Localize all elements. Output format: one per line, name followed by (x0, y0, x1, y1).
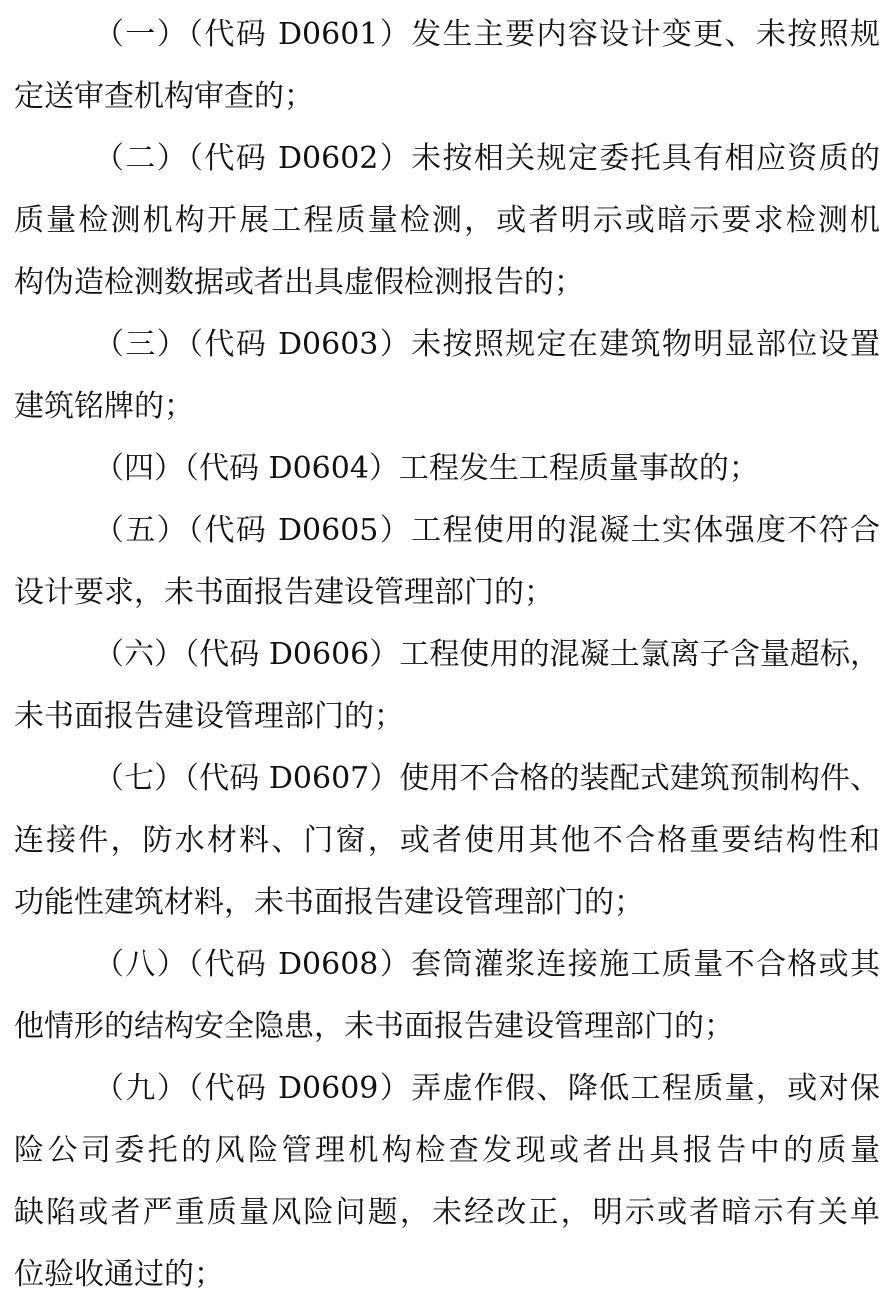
item-2-line-3: 构伪造检测数据或者出具虚假检测报告的； (14, 263, 880, 303)
item-2-line-1: （二）（代码 D0602）未按相关规定委托具有相应资质的 (94, 139, 880, 179)
item-9-line-1: （九）（代码 D0609）弄虚作假、降低工程质量，或对保 (94, 1069, 880, 1109)
item-8-line-2: 他情形的结构安全隐患，未书面报告建设管理部门的； (14, 1007, 880, 1047)
item-6-line-2: 未书面报告建设管理部门的； (14, 697, 880, 737)
item-5-line-2: 设计要求，未书面报告建设管理部门的； (14, 573, 880, 613)
item-4-line-1: （四）（代码 D0604）工程发生工程质量事故的； (94, 449, 880, 489)
item-7-line-2: 连接件，防水材料、门窗，或者使用其他不合格重要结构性和 (14, 821, 880, 861)
item-5-line-1: （五）（代码 D0605）工程使用的混凝土实体强度不符合 (94, 511, 880, 551)
item-9-line-3: 缺陷或者严重质量风险问题，未经改正，明示或者暗示有关单 (14, 1193, 880, 1233)
item-9-line-2: 险公司委托的风险管理机构检查发现或者出具报告中的质量 (14, 1131, 880, 1171)
item-1-line-2: 定送审查机构审查的； (14, 77, 880, 117)
item-6-line-1: （六）（代码 D0606）工程使用的混凝土氯离子含量超标， (94, 635, 880, 675)
item-7-line-3: 功能性建筑材料，未书面报告建设管理部门的； (14, 883, 880, 923)
item-9-line-4: 位验收通过的； (14, 1255, 880, 1295)
item-3-line-1: （三）（代码 D0603）未按照规定在建筑物明显部位设置 (94, 325, 880, 365)
item-2-line-2: 质量检测机构开展工程质量检测，或者明示或暗示要求检测机 (14, 201, 880, 241)
item-8-line-1: （八）（代码 D0608）套筒灌浆连接施工质量不合格或其 (94, 945, 880, 985)
document-page: （一）（代码 D0601）发生主要内容设计变更、未按照规 定送审查机构审查的； … (0, 0, 895, 1313)
item-7-line-1: （七）（代码 D0607）使用不合格的装配式建筑预制构件、 (94, 759, 880, 799)
item-3-line-2: 建筑铭牌的； (14, 387, 880, 427)
item-1-line-1: （一）（代码 D0601）发生主要内容设计变更、未按照规 (94, 15, 880, 55)
